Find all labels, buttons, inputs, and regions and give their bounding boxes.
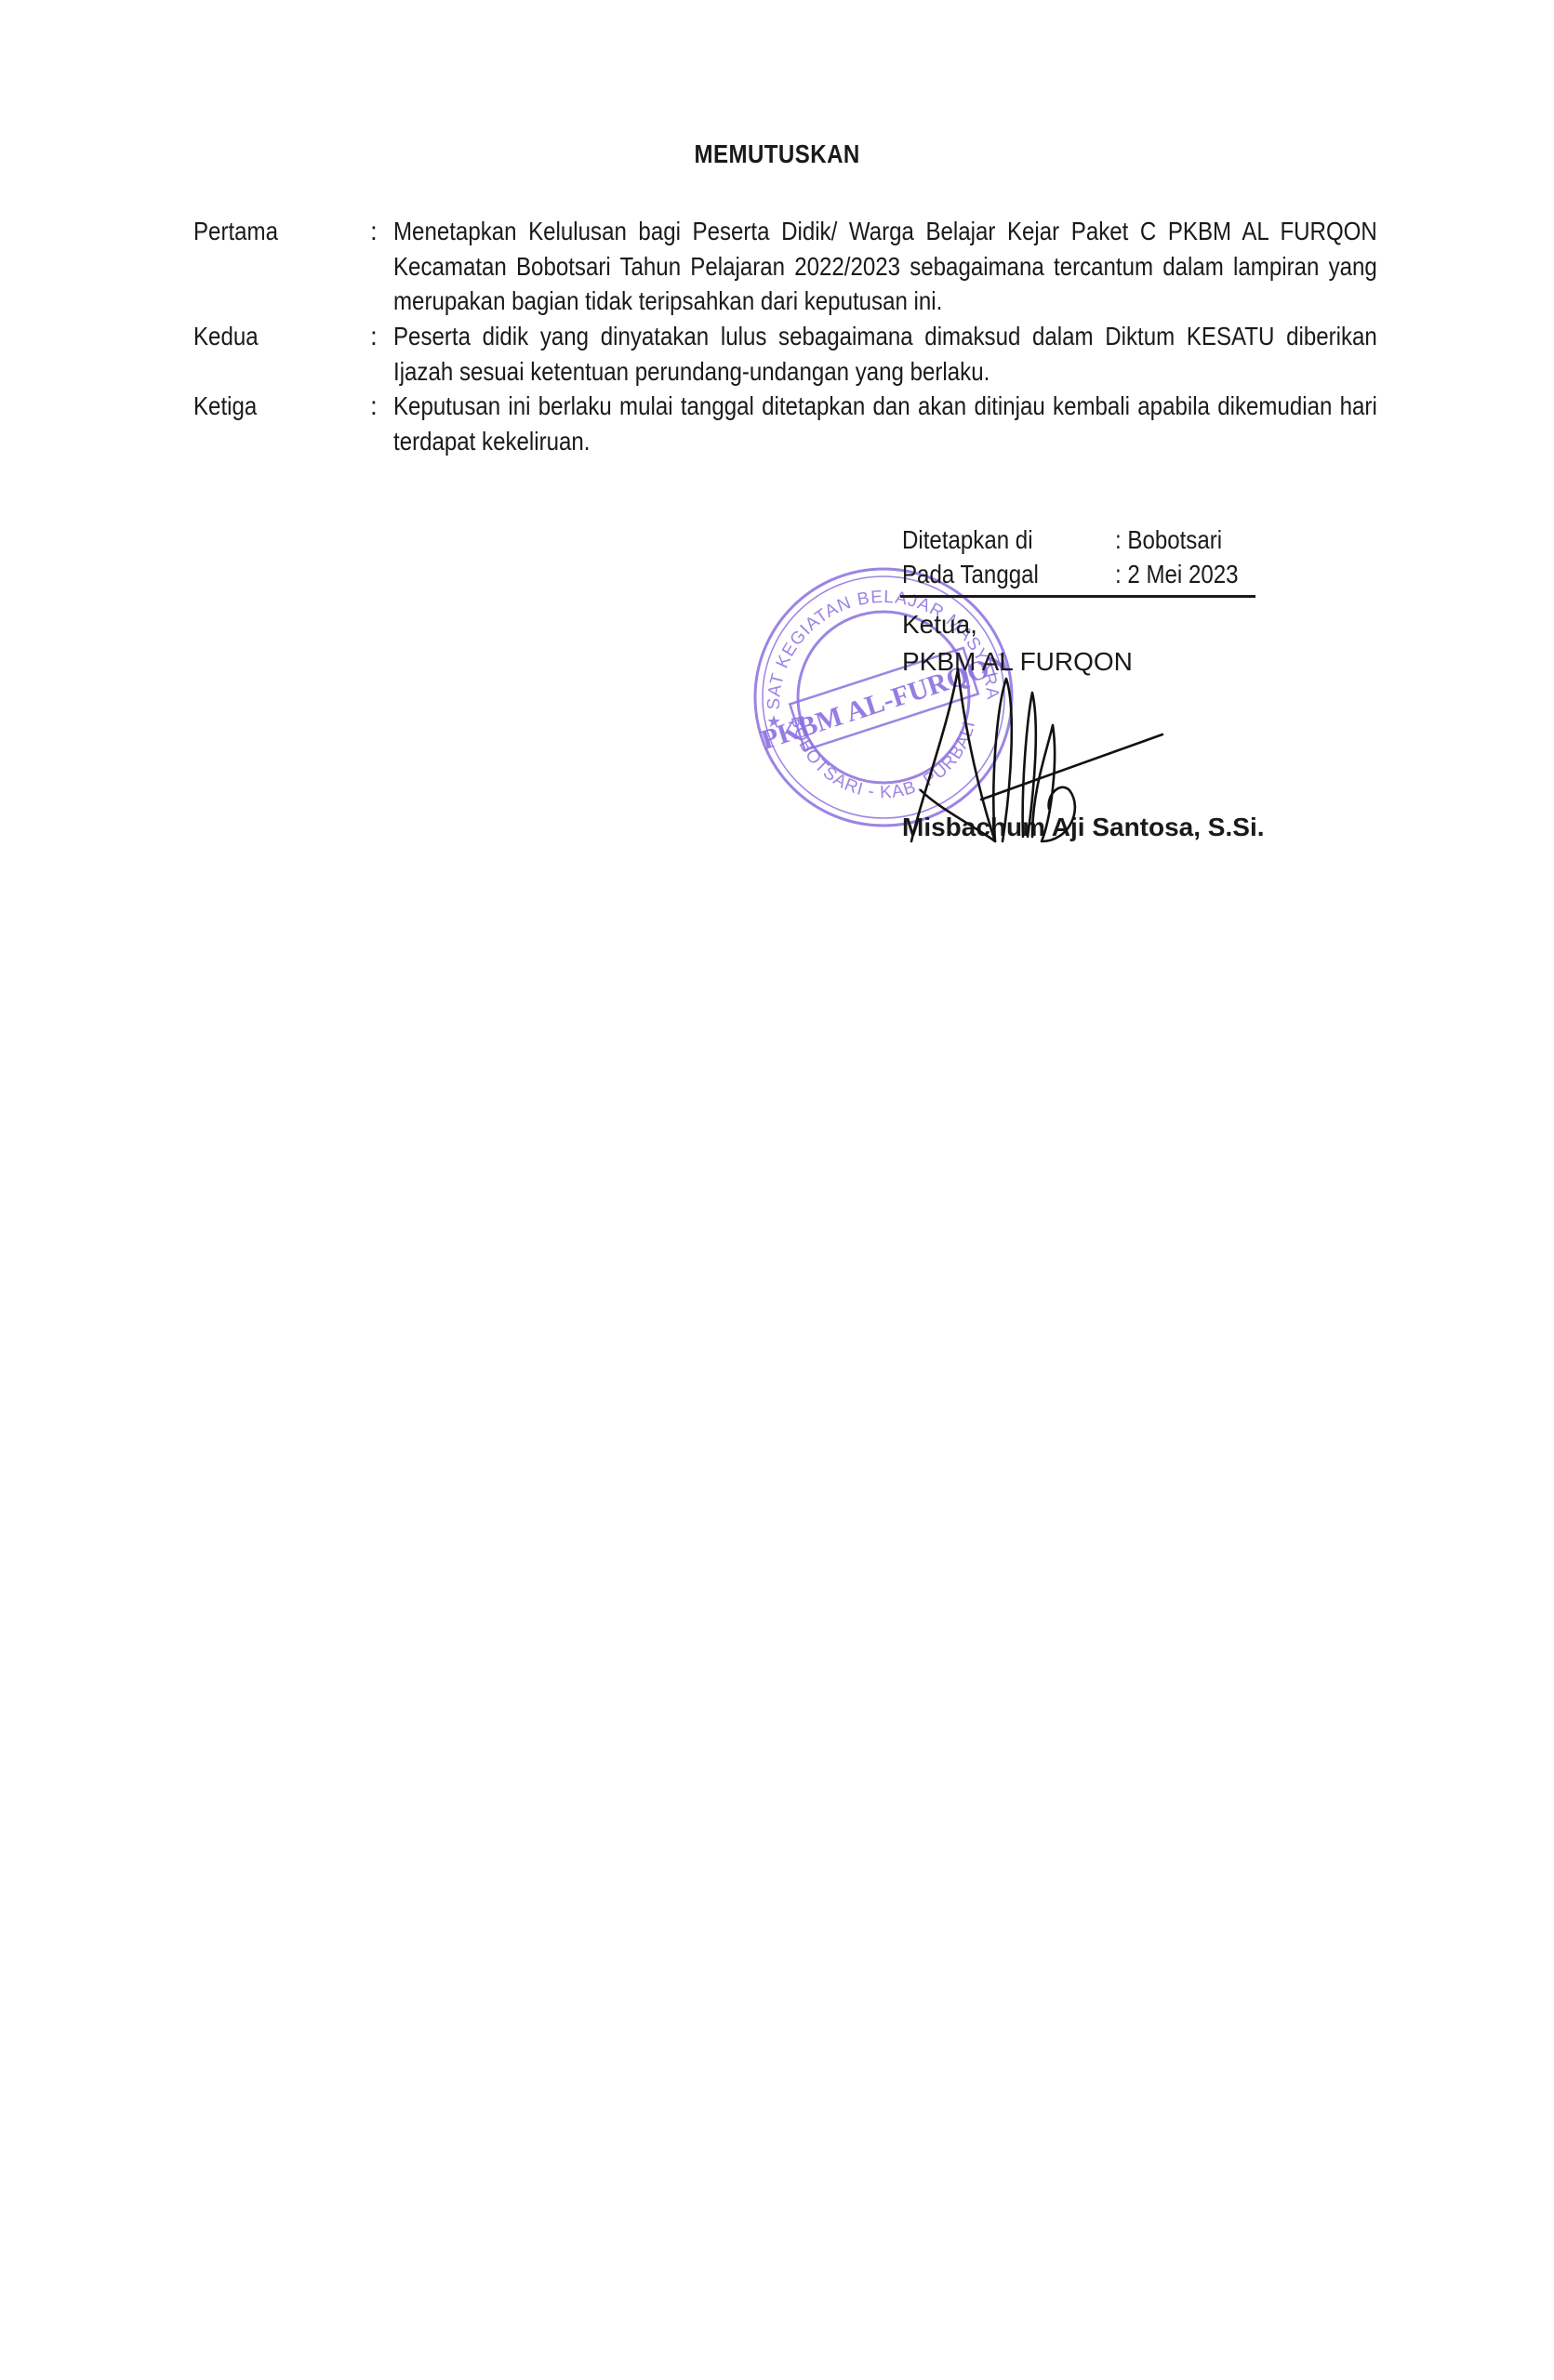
date-label: Pada Tanggal (902, 560, 1039, 589)
place-label: Ditetapkan di (902, 525, 1033, 555)
signature-block: Ditetapkan di : Bobotsari Pada Tanggal :… (0, 0, 1554, 930)
date-underline (900, 595, 1255, 598)
handwritten-signature-icon (893, 651, 1172, 855)
place-value: : Bobotsari (1115, 525, 1222, 555)
date-value: : 2 Mei 2023 (1115, 560, 1239, 589)
signer-position: Ketua, (902, 610, 977, 640)
